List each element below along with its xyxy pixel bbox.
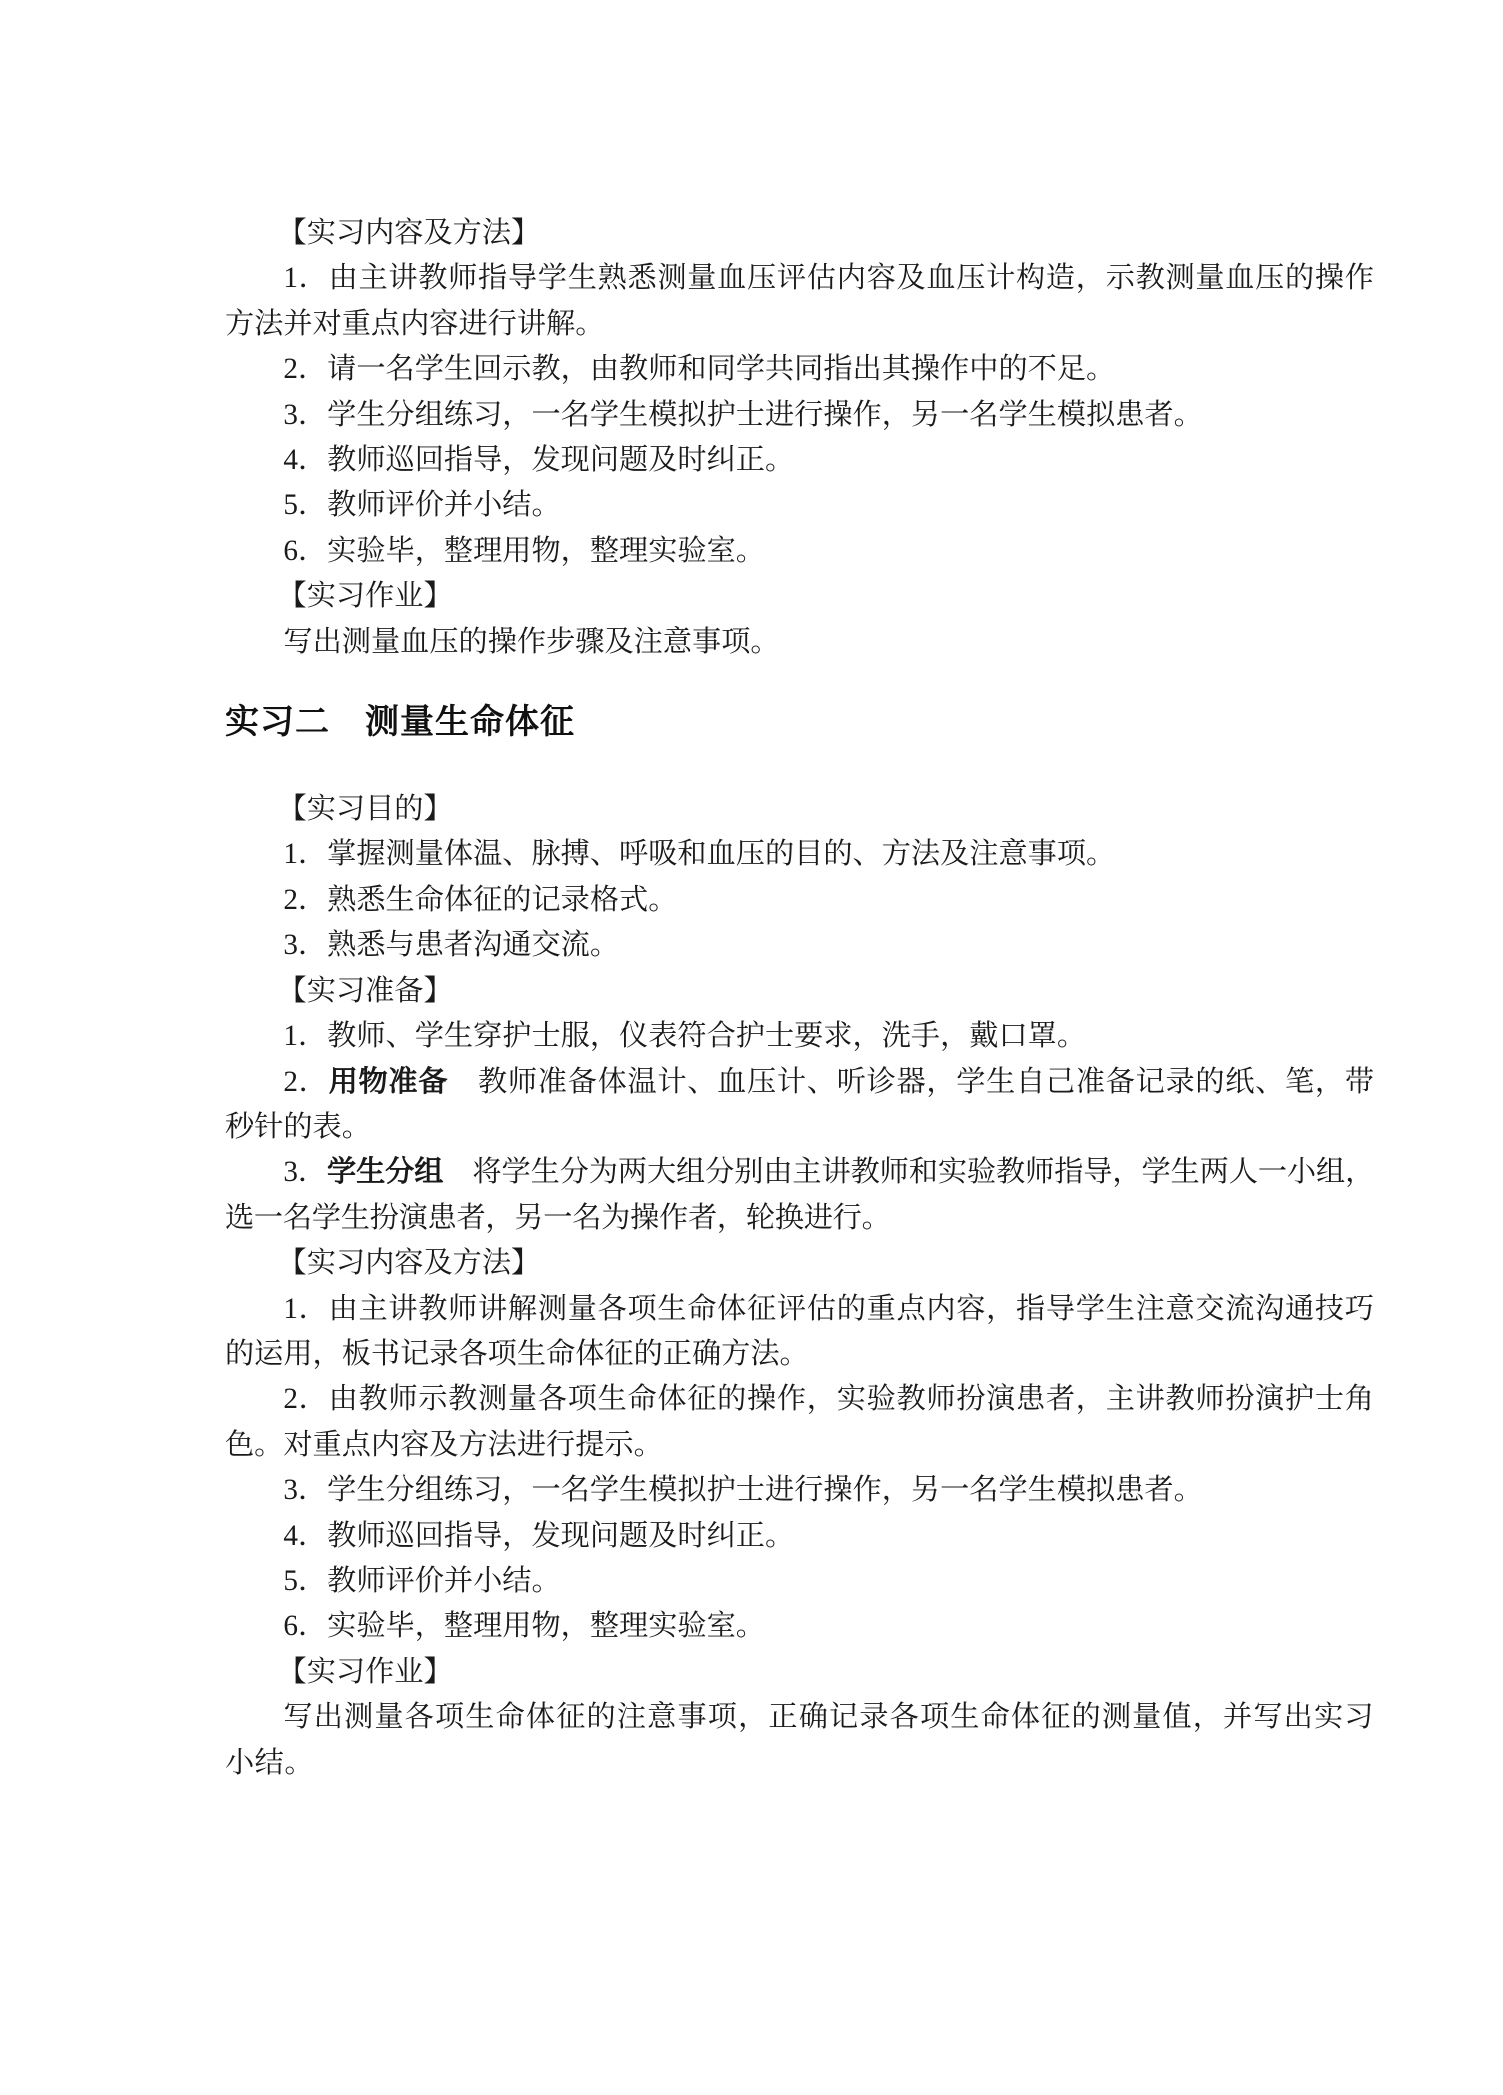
paragraph: 写出测量各项生命体征的注意事项，正确记录各项生命体征的测量值，并写出实习小结。 (225, 1695, 1374, 1786)
list-item: 3．熟悉与患者沟通交流。 (225, 923, 1374, 968)
text-run: 2．熟悉生命体征的记录格式。 (283, 884, 677, 916)
list-item: 6．实验毕，整理用物，整理实验室。 (225, 1604, 1374, 1649)
list-item: 3．学生分组练习，一名学生模拟护士进行操作，另一名学生模拟患者。 (225, 393, 1374, 438)
subsection-heading: 【实习作业】 (225, 1650, 1374, 1695)
subsection-heading: 【实习准备】 (225, 969, 1374, 1014)
subsection-heading: 【实习内容及方法】 (225, 211, 1374, 256)
list-item: 2．请一名学生回示教，由教师和同学共同指出其操作中的不足。 (225, 347, 1374, 392)
list-item: 2．由教师示教测量各项生命体征的操作，实验教师扮演患者，主讲教师扮演护士角色。对… (225, 1377, 1374, 1468)
subsection-heading: 【实习作业】 (225, 574, 1374, 619)
bold-term: 用物准备 (329, 1066, 449, 1098)
bold-term: 学生分组 (327, 1156, 443, 1188)
list-item: 2．熟悉生命体征的记录格式。 (225, 878, 1374, 923)
text-run: 3．学生分组练习，一名学生模拟护士进行操作，另一名学生模拟患者。 (283, 399, 1202, 431)
text-run: 5．教师评价并小结。 (283, 489, 560, 521)
list-item: 2．用物准备 教师准备体温计、血压计、听诊器，学生自己准备记录的纸、笔，带秒针的… (225, 1060, 1374, 1151)
list-item: 5．教师评价并小结。 (225, 1559, 1374, 1604)
text-run: 2．由教师示教测量各项生命体征的操作，实验教师扮演患者，主讲教师扮演护士角色。对… (225, 1383, 1374, 1460)
text-run: 5．教师评价并小结。 (283, 1565, 560, 1597)
text-run: 1．教师、学生穿护士服，仪表符合护士要求，洗手，戴口罩。 (283, 1020, 1086, 1052)
text-run: 3．学生分组练习，一名学生模拟护士进行操作，另一名学生模拟患者。 (283, 1474, 1202, 1506)
text-run: 写出测量各项生命体征的注意事项，正确记录各项生命体征的测量值，并写出实习小结。 (225, 1701, 1374, 1778)
section-practice-one-continued: 【实习内容及方法】1．由主讲教师指导学生熟悉测量血压评估内容及血压计构造，示教测… (225, 211, 1374, 665)
subsection-heading: 【实习目的】 (225, 787, 1374, 832)
document-page: 【实习内容及方法】1．由主讲教师指导学生熟悉测量血压评估内容及血压计构造，示教测… (0, 0, 1503, 2095)
text-run: 6．实验毕，整理用物，整理实验室。 (283, 1610, 765, 1642)
page-content: 【实习内容及方法】1．由主讲教师指导学生熟悉测量血压评估内容及血压计构造，示教测… (225, 0, 1374, 1786)
text-run: 4．教师巡回指导，发现问题及时纠正。 (283, 1520, 794, 1552)
list-item: 3．学生分组练习，一名学生模拟护士进行操作，另一名学生模拟患者。 (225, 1468, 1374, 1513)
list-item: 1．教师、学生穿护士服，仪表符合护士要求，洗手，戴口罩。 (225, 1014, 1374, 1059)
text-run: 1．由主讲教师讲解测量各项生命体征评估的重点内容，指导学生注意交流沟通技巧的运用… (225, 1293, 1374, 1370)
list-item: 4．教师巡回指导，发现问题及时纠正。 (225, 1514, 1374, 1559)
list-item: 6．实验毕，整理用物，整理实验室。 (225, 529, 1374, 574)
text-run: 4．教师巡回指导，发现问题及时纠正。 (283, 444, 794, 476)
section-practice-two: 【实习目的】1．掌握测量体温、脉搏、呼吸和血压的目的、方法及注意事项。2．熟悉生… (225, 787, 1374, 1786)
text-run: 6．实验毕，整理用物，整理实验室。 (283, 535, 765, 567)
list-item: 1．掌握测量体温、脉搏、呼吸和血压的目的、方法及注意事项。 (225, 832, 1374, 877)
text-run: 1．由主讲教师指导学生熟悉测量血压评估内容及血压计构造，示教测量血压的操作方法并… (225, 262, 1374, 339)
list-item: 1．由主讲教师指导学生熟悉测量血压评估内容及血压计构造，示教测量血压的操作方法并… (225, 256, 1374, 347)
list-item: 3．学生分组 将学生分为两大组分别由主讲教师和实验教师指导，学生两人一小组，选一… (225, 1150, 1374, 1241)
text-run: 1．掌握测量体温、脉搏、呼吸和血压的目的、方法及注意事项。 (283, 838, 1115, 870)
text-run: 3． (283, 1156, 327, 1188)
list-item: 4．教师巡回指导，发现问题及时纠正。 (225, 438, 1374, 483)
text-run: 3．熟悉与患者沟通交流。 (283, 929, 619, 961)
text-run: 写出测量血压的操作步骤及注意事项。 (283, 626, 779, 658)
paragraph: 写出测量血压的操作步骤及注意事项。 (225, 620, 1374, 665)
subsection-heading: 【实习内容及方法】 (225, 1241, 1374, 1286)
list-item: 1．由主讲教师讲解测量各项生命体征评估的重点内容，指导学生注意交流沟通技巧的运用… (225, 1287, 1374, 1378)
list-item: 5．教师评价并小结。 (225, 483, 1374, 528)
text-run: 2． (283, 1066, 328, 1098)
text-run: 2．请一名学生回示教，由教师和同学共同指出其操作中的不足。 (283, 353, 1115, 385)
chapter-heading: 实习二 测量生命体征 (225, 692, 1374, 752)
